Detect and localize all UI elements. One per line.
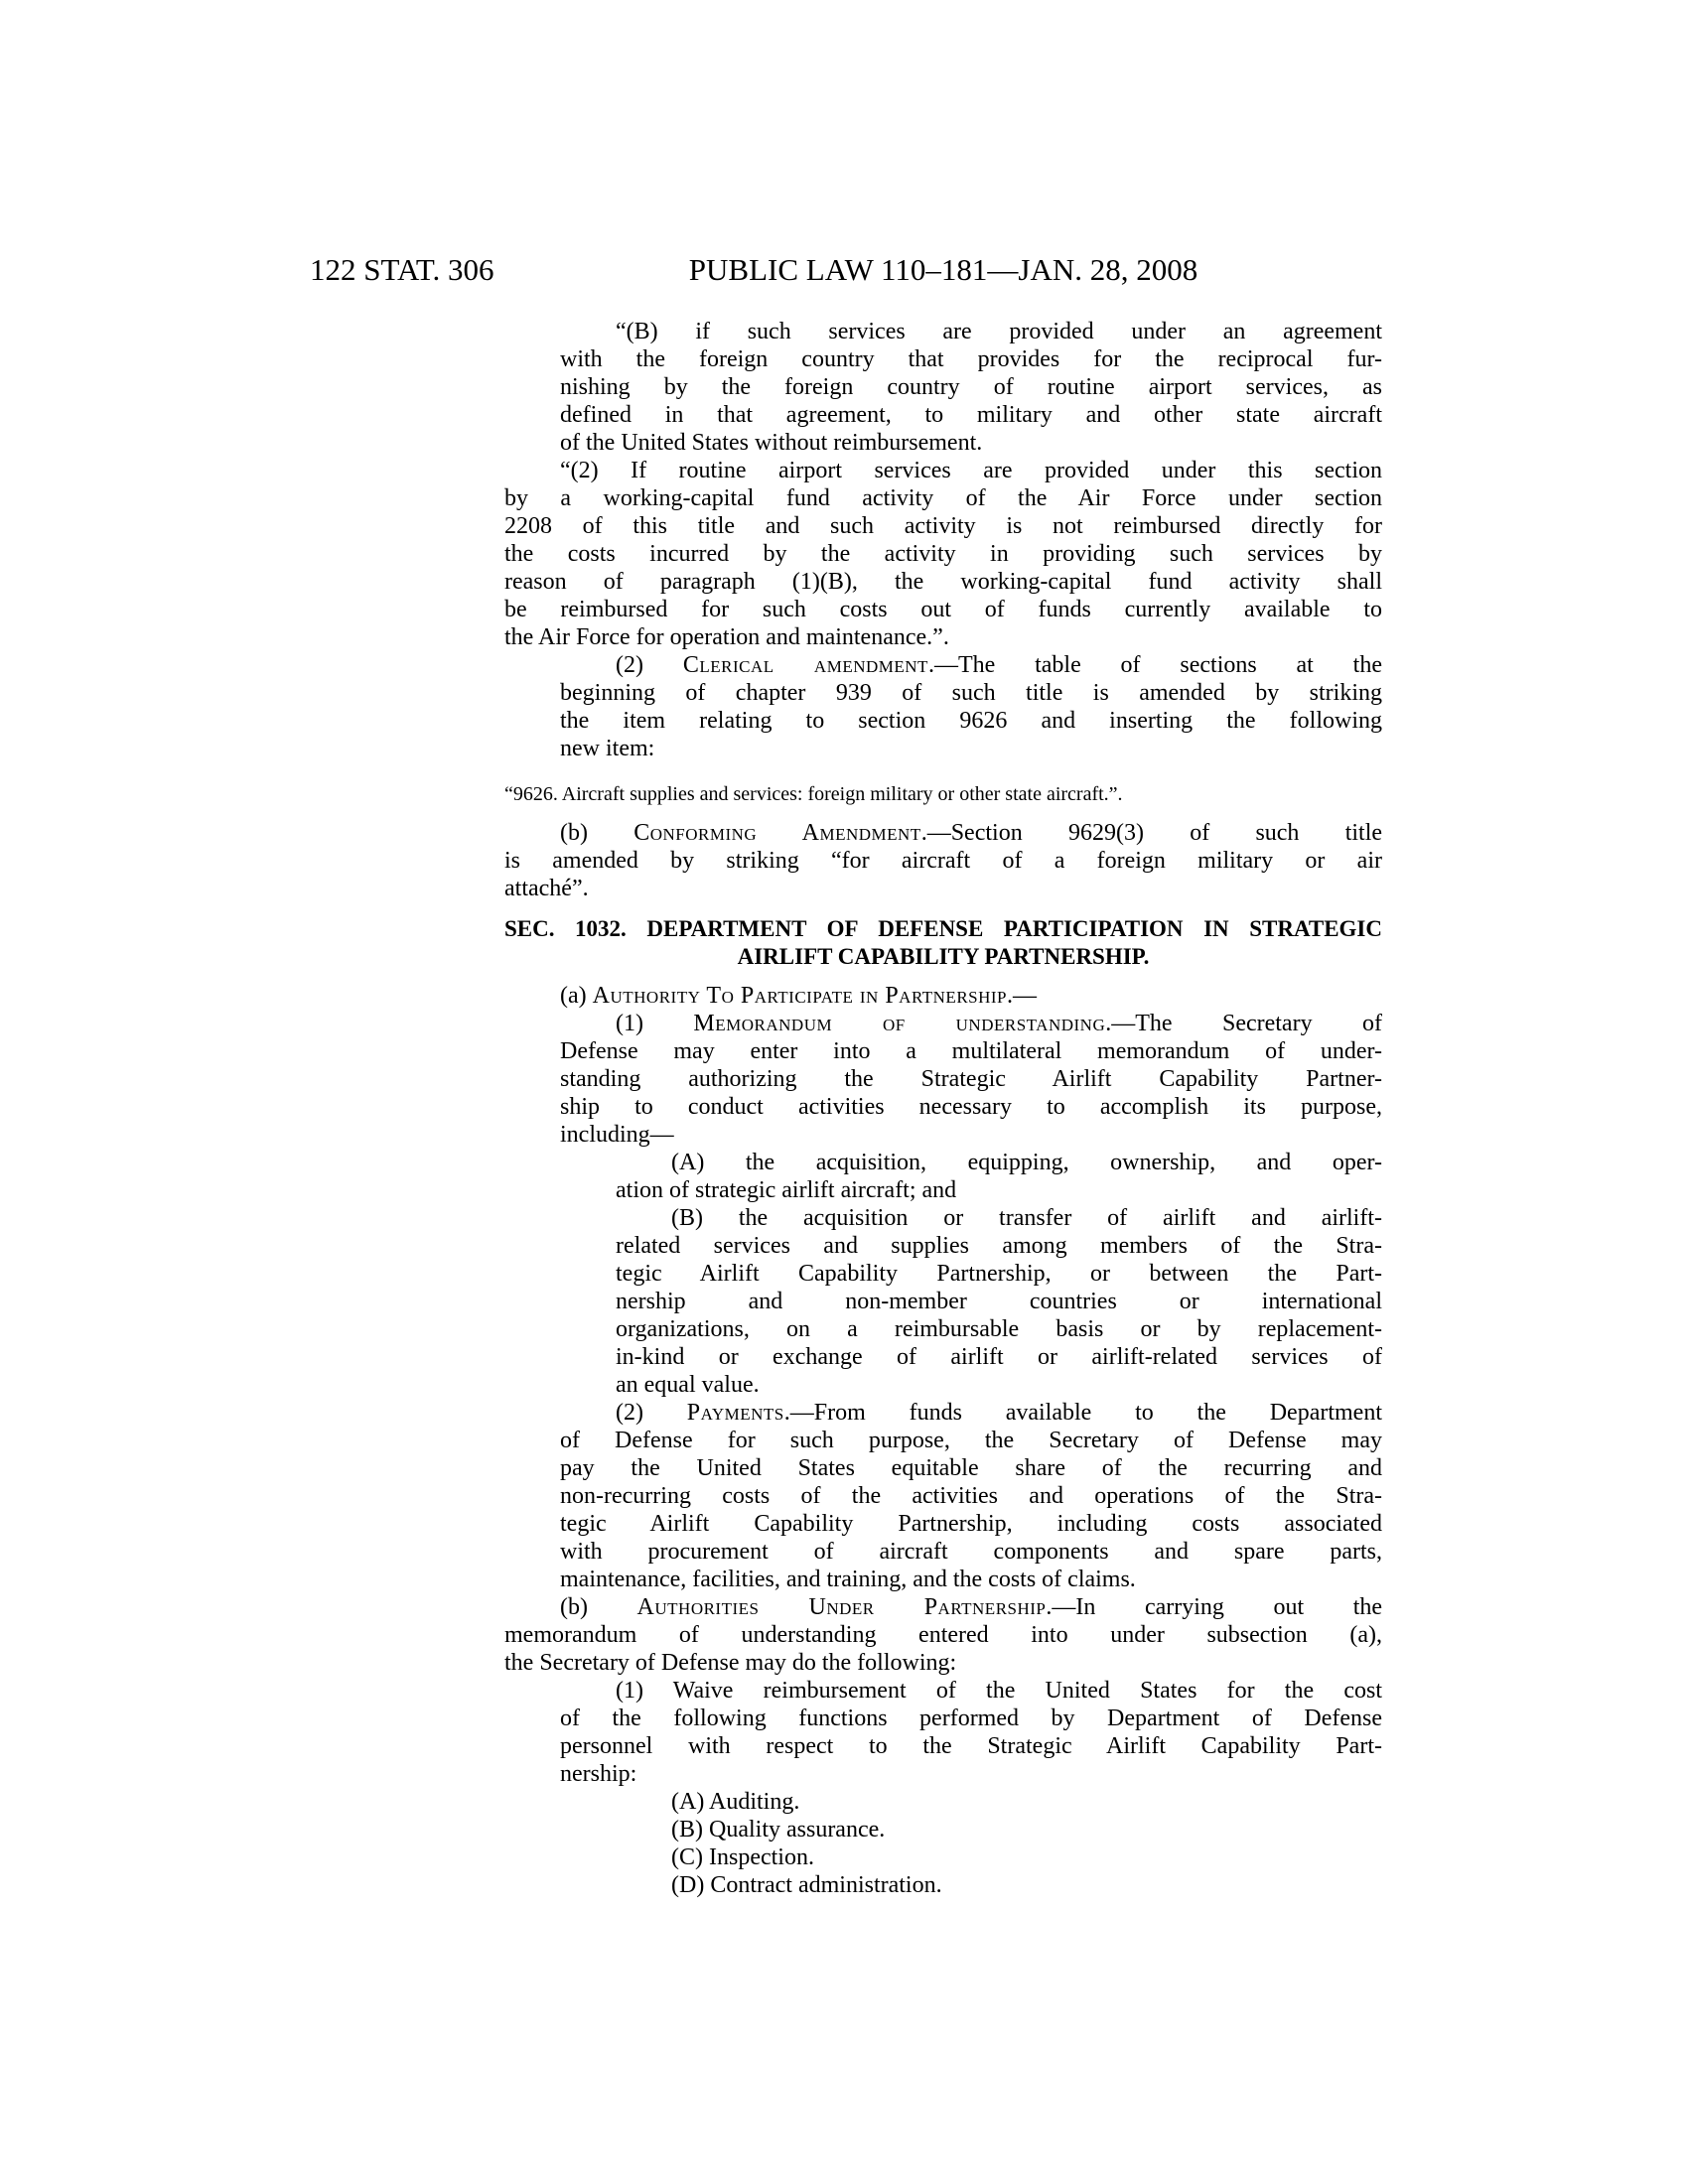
text-line: personnel with respect to the Strategic …	[560, 1732, 1382, 1760]
text-line: attaché”.	[504, 875, 1382, 902]
text-line: standing authorizing the Strategic Airli…	[560, 1065, 1382, 1093]
text-line: (a) Authority To Participate in Partners…	[504, 982, 1382, 1010]
text-line: memorandum of understanding entered into…	[504, 1621, 1382, 1649]
text-line: the Air Force for operation and maintena…	[504, 623, 1382, 651]
text-line: “(B) if such services are provided under…	[560, 318, 1382, 345]
text-line: by a working-capital fund activity of th…	[504, 484, 1382, 512]
text-line: ship to conduct activities necessary to …	[560, 1093, 1382, 1121]
para-authority-to-participate: (a) Authority To Participate in Partners…	[504, 982, 1382, 1010]
para-authorities-under-partnership: (b) Authorities Under Partnership.—In ca…	[504, 1593, 1382, 1677]
para-waive-reimbursement: (1) Waive reimbursement of the United St…	[504, 1677, 1382, 1788]
text-line: the Secretary of Defense may do the foll…	[504, 1649, 1382, 1677]
text-line: “(2) If routine airport services are pro…	[504, 457, 1382, 484]
statute-body: “(B) if such services are provided under…	[504, 318, 1382, 1899]
quote-subparagraph-b: “(B) if such services are provided under…	[504, 318, 1382, 457]
sec-1032-heading: SEC. 1032. DEPARTMENT OF DEFENSE PARTICI…	[504, 915, 1382, 971]
para-conforming-amendment: (b) Conforming Amendment.—Section 9629(3…	[504, 819, 1382, 902]
text-line: including—	[560, 1121, 1382, 1149]
text-line: tegic Airlift Capability Partnership, in…	[560, 1510, 1382, 1538]
item-contract-administration: (D) Contract administration.	[504, 1871, 1382, 1899]
text-line: SEC. 1032. DEPARTMENT OF DEFENSE PARTICI…	[504, 915, 1382, 943]
law-title: PUBLIC LAW 110–181—JAN. 28, 2008	[504, 252, 1382, 288]
running-header: 122 STAT. 306 PUBLIC LAW 110–181—JAN. 28…	[0, 252, 1688, 292]
para-acquisition-equipping: (A) the acquisition, equipping, ownershi…	[504, 1149, 1382, 1204]
text-line: beginning of chapter 939 of such title i…	[560, 679, 1382, 707]
para-payments: (2) Payments.—From funds available to th…	[504, 1399, 1382, 1593]
item-quality-assurance: (B) Quality assurance.	[504, 1816, 1382, 1843]
text-line: (1) Waive reimbursement of the United St…	[560, 1677, 1382, 1705]
stat-page-number: 122 STAT. 306	[310, 252, 494, 288]
quote-paragraph-2: “(2) If routine airport services are pro…	[504, 457, 1382, 651]
text-line: “9626. Aircraft supplies and services: f…	[504, 781, 1382, 807]
text-line: pay the United States equitable share of…	[560, 1454, 1382, 1482]
text-line: maintenance, facilities, and training, a…	[560, 1566, 1382, 1593]
text-line: (2) Payments.—From funds available to th…	[560, 1399, 1382, 1427]
text-line: of Defense for such purpose, the Secreta…	[560, 1427, 1382, 1454]
text-line: nership:	[560, 1760, 1382, 1788]
text-line: (C) Inspection.	[671, 1843, 1382, 1871]
text-line: (2) Clerical amendment.—The table of sec…	[560, 651, 1382, 679]
text-line: with procurement of aircraft components …	[560, 1538, 1382, 1566]
text-line: of the following functions performed by …	[560, 1705, 1382, 1732]
text-line: defined in that agreement, to military a…	[560, 401, 1382, 429]
para-clerical-amendment: (2) Clerical amendment.—The table of sec…	[504, 651, 1382, 762]
item-inspection: (C) Inspection.	[504, 1843, 1382, 1871]
text-line: reason of paragraph (1)(B), the working-…	[504, 568, 1382, 596]
text-line: non-recurring costs of the activities an…	[560, 1482, 1382, 1510]
text-line: 2208 of this title and such activity is …	[504, 512, 1382, 540]
text-line: (B) the acquisition or transfer of airli…	[616, 1204, 1382, 1232]
text-line: (D) Contract administration.	[671, 1871, 1382, 1899]
text-line: nership and non-member countries or inte…	[616, 1288, 1382, 1315]
para-memorandum-of-understanding: (1) Memorandum of understanding.—The Sec…	[504, 1010, 1382, 1149]
statute-page: 122 STAT. 306 PUBLIC LAW 110–181—JAN. 28…	[0, 0, 1688, 2184]
text-line: related services and supplies among memb…	[616, 1232, 1382, 1260]
text-line: tegic Airlift Capability Partnership, or…	[616, 1260, 1382, 1288]
text-line: AIRLIFT CAPABILITY PARTNERSHIP.	[504, 943, 1382, 971]
text-line: nishing by the foreign country of routin…	[560, 373, 1382, 401]
text-line: in-kind or exchange of airlift or airlif…	[616, 1343, 1382, 1371]
item-auditing: (A) Auditing.	[504, 1788, 1382, 1816]
text-line: an equal value.	[616, 1371, 1382, 1399]
text-line: with the foreign country that provides f…	[560, 345, 1382, 373]
text-line: ation of strategic airlift aircraft; and	[616, 1176, 1382, 1204]
text-line: organizations, on a reimbursable basis o…	[616, 1315, 1382, 1343]
text-line: new item:	[560, 735, 1382, 762]
text-line: the item relating to section 9626 and in…	[560, 707, 1382, 735]
text-line: (A) the acquisition, equipping, ownershi…	[616, 1149, 1382, 1176]
text-line: (1) Memorandum of understanding.—The Sec…	[560, 1010, 1382, 1037]
text-line: (b) Conforming Amendment.—Section 9629(3…	[504, 819, 1382, 847]
text-line: (A) Auditing.	[671, 1788, 1382, 1816]
text-line: Defense may enter into a multilateral me…	[560, 1037, 1382, 1065]
table-of-sections-item: “9626. Aircraft supplies and services: f…	[504, 781, 1382, 807]
text-line: is amended by striking “for aircraft of …	[504, 847, 1382, 875]
para-acquisition-transfer: (B) the acquisition or transfer of airli…	[504, 1204, 1382, 1399]
text-line: of the United States without reimburseme…	[560, 429, 1382, 457]
text-line: the costs incurred by the activity in pr…	[504, 540, 1382, 568]
text-line: (b) Authorities Under Partnership.—In ca…	[504, 1593, 1382, 1621]
text-line: (B) Quality assurance.	[671, 1816, 1382, 1843]
text-line: be reimbursed for such costs out of fund…	[504, 596, 1382, 623]
